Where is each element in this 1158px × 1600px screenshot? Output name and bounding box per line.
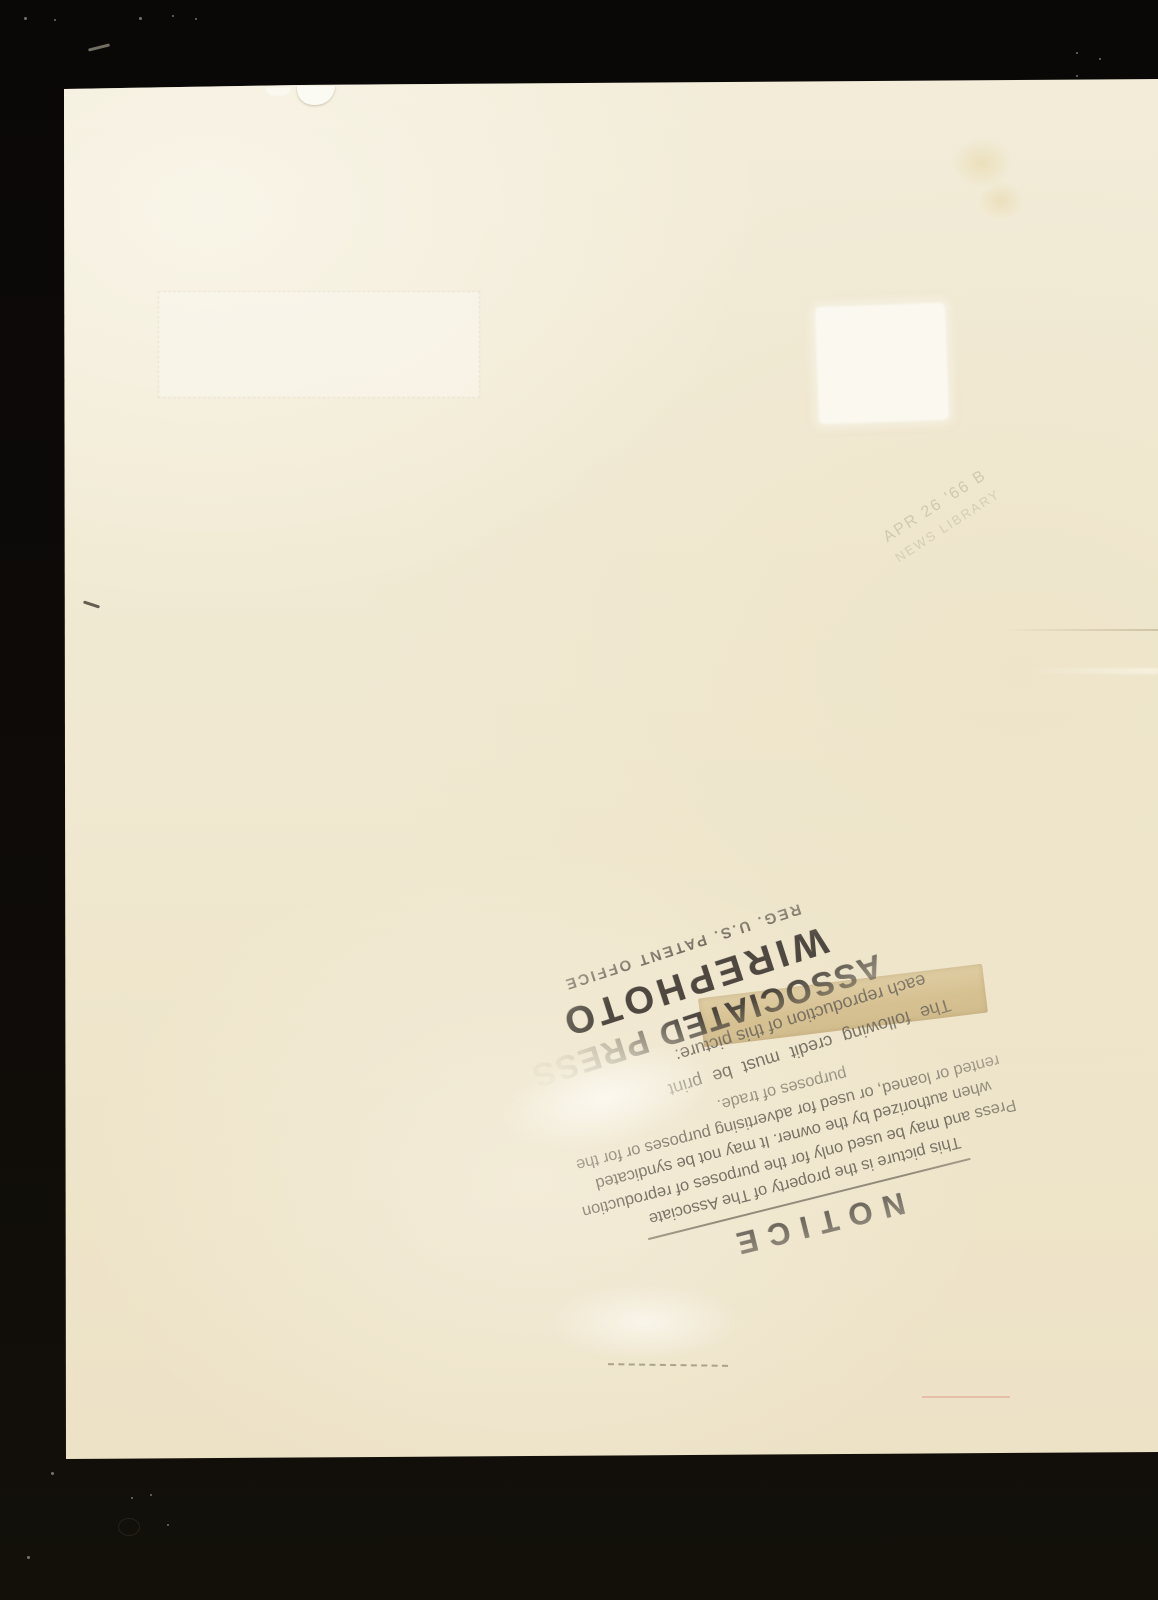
dust-speck xyxy=(131,1497,133,1499)
library-date-stamp: APR 26 '66 B NEWS LIBRARY xyxy=(834,437,1048,595)
dust-speck xyxy=(150,1494,152,1496)
pen-tick-mark xyxy=(83,600,100,608)
dust-speck xyxy=(27,1556,30,1559)
tape-residue-patch xyxy=(815,303,949,424)
paper-edge-chip xyxy=(297,86,335,105)
stain-spot xyxy=(978,182,1024,220)
scratch-mark xyxy=(88,43,110,51)
dust-speck xyxy=(1099,58,1101,60)
paper-edge-chip xyxy=(265,87,291,96)
dust-speck xyxy=(24,17,27,20)
dust-speck xyxy=(139,17,142,20)
library-name-text: NEWS LIBRARY xyxy=(847,457,1048,595)
red-pencil-mark xyxy=(922,1396,1010,1398)
dust-ring xyxy=(118,1518,140,1536)
dust-speck xyxy=(195,18,197,20)
faint-dashed-line xyxy=(608,1363,728,1367)
dust-speck xyxy=(1076,75,1078,77)
crease-line xyxy=(1000,629,1158,631)
stain-spot xyxy=(952,138,1012,188)
removed-label-residue xyxy=(158,291,480,398)
dust-speck xyxy=(167,1524,169,1526)
photo-scan: APR 26 '66 B NEWS LIBRARY ASSOCIATED PRE… xyxy=(0,0,1158,1600)
dust-speck xyxy=(51,1472,54,1475)
dust-speck xyxy=(172,15,174,17)
photo-back-paper: APR 26 '66 B NEWS LIBRARY ASSOCIATED PRE… xyxy=(0,0,1158,1600)
dust-speck xyxy=(54,19,56,21)
library-date-text: APR 26 '66 B xyxy=(834,437,1037,577)
dust-speck xyxy=(1076,52,1078,54)
crease-highlight xyxy=(1022,668,1158,674)
